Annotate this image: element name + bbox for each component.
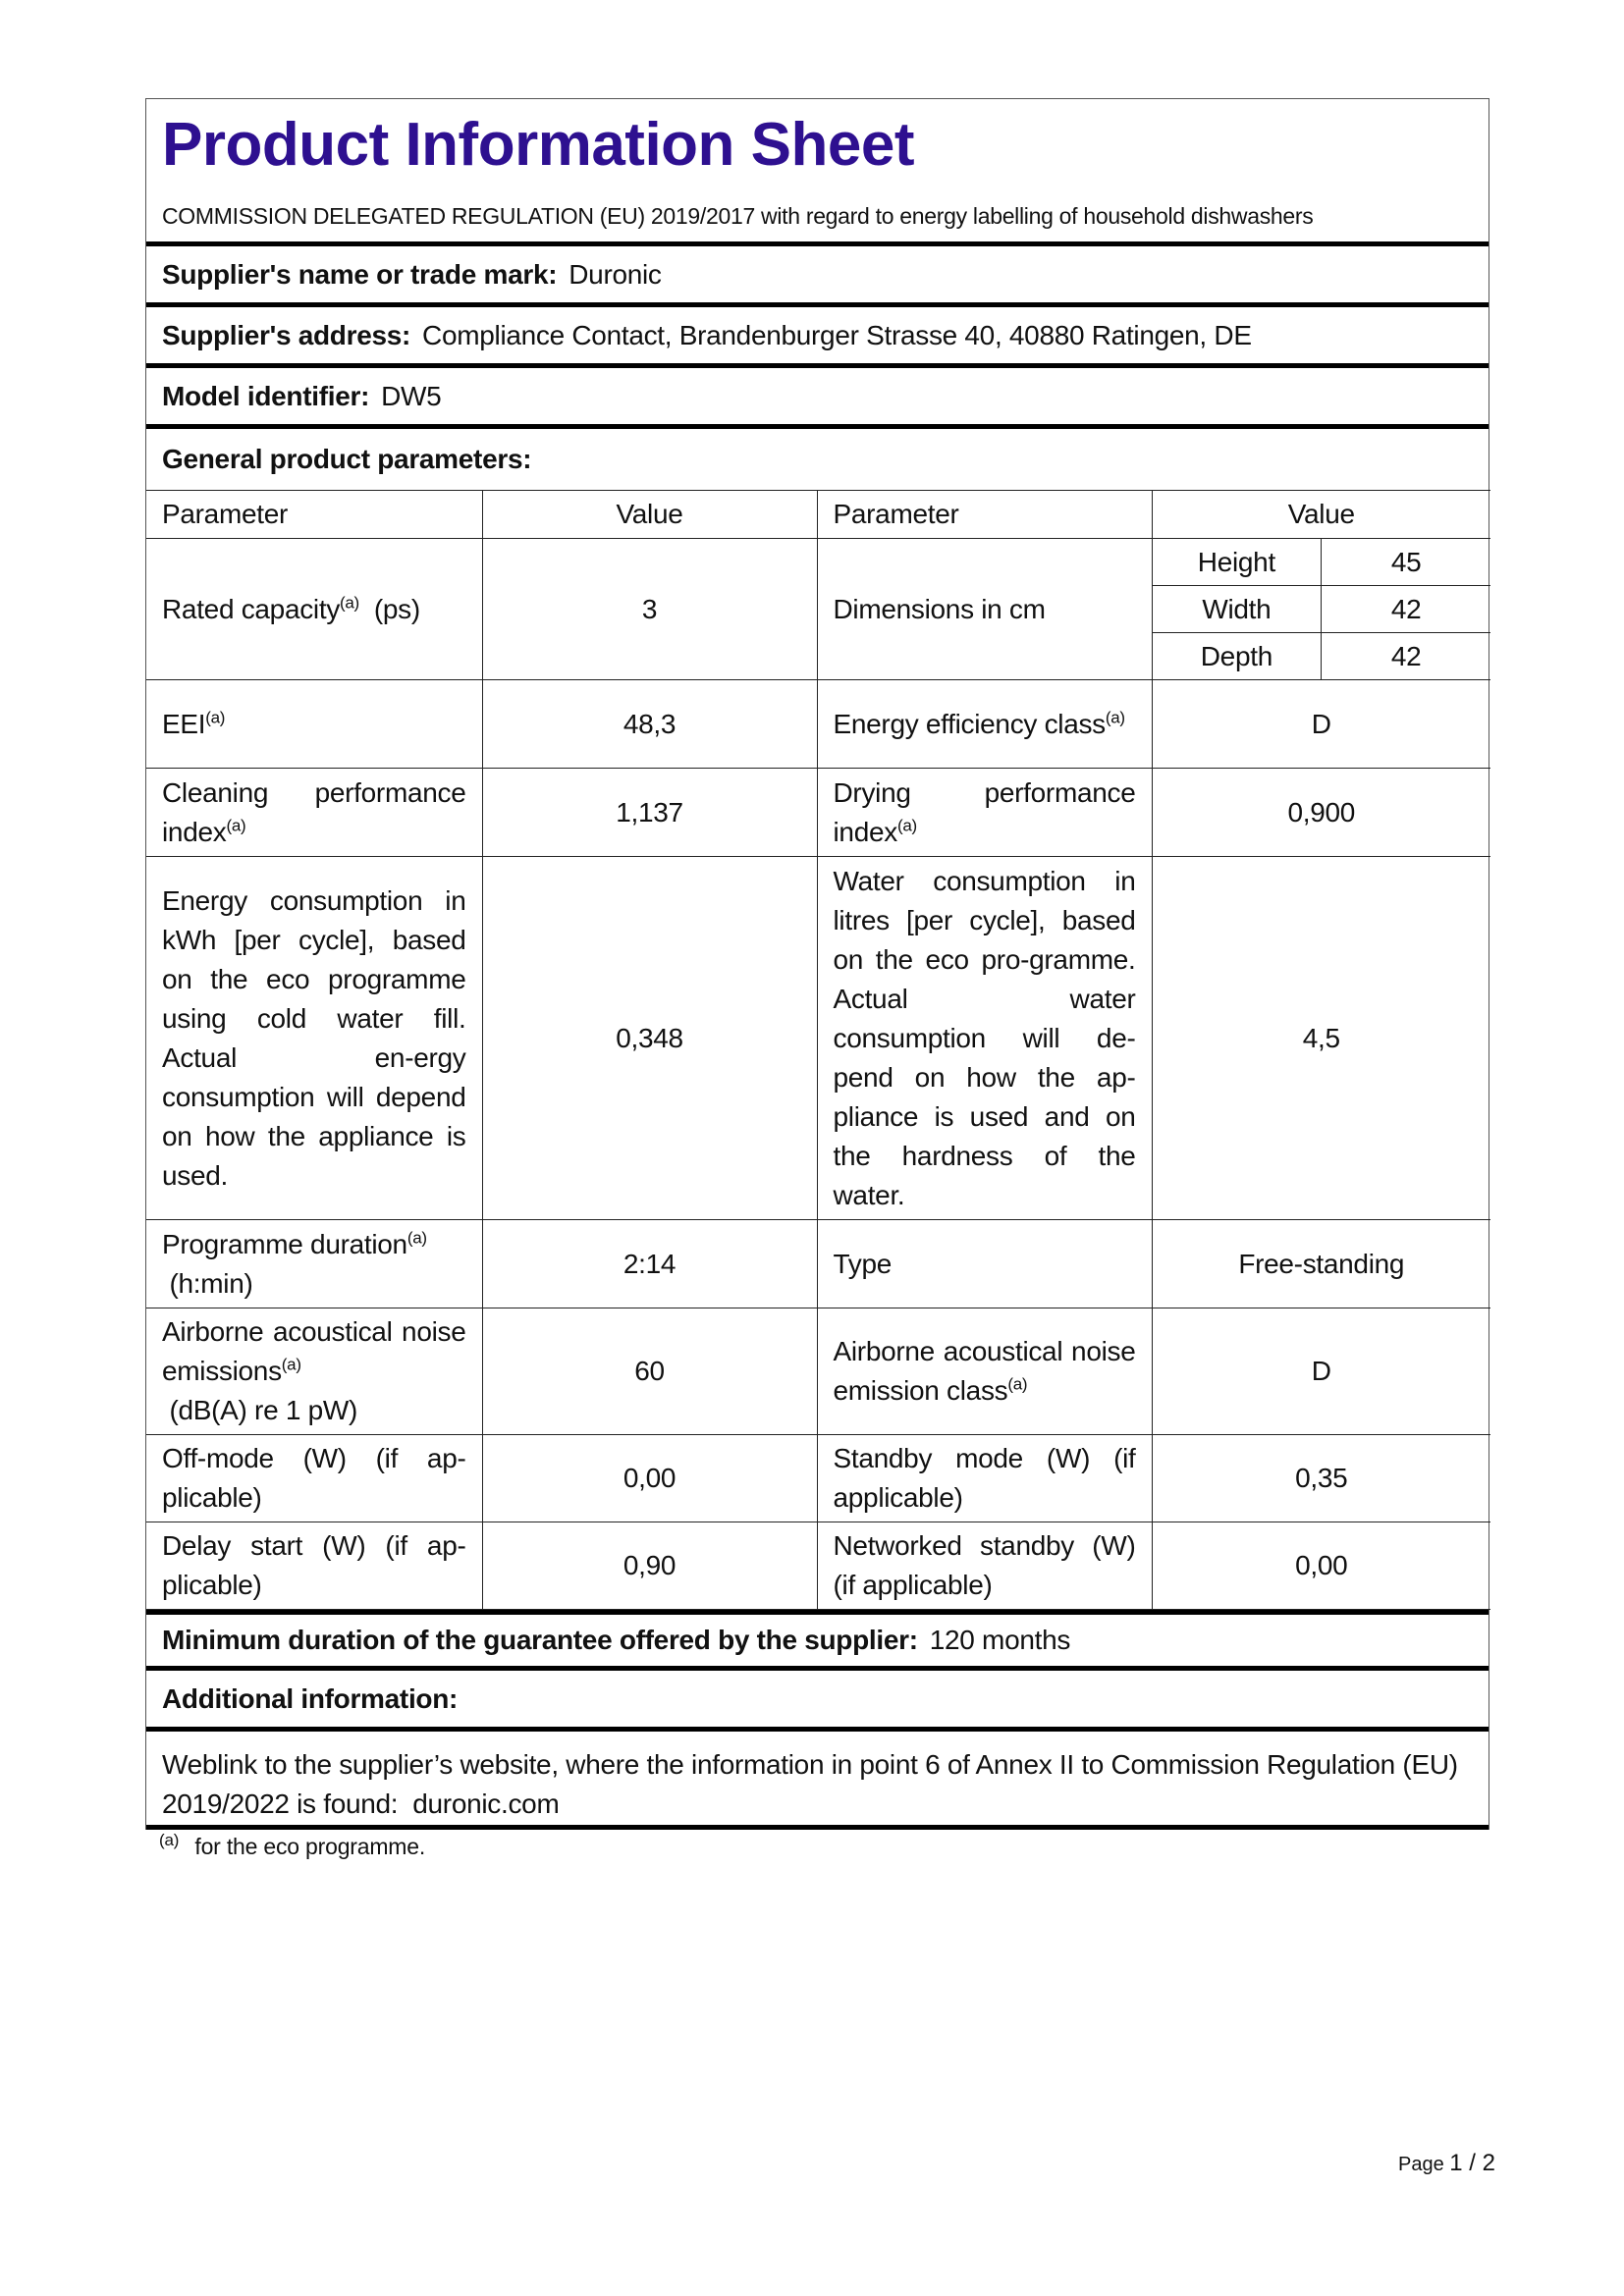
page-current: 1 [1449,2150,1462,2176]
energy-class-label: Energy efficiency class(a) [817,680,1152,769]
noise-emissions-value: 60 [482,1308,817,1435]
standby-mode-label: Standby mode (W) (if applicable) [817,1435,1152,1522]
supplier-name-value: Duronic [568,259,661,291]
eei-value: 48,3 [482,680,817,769]
guarantee-value: 120 months [930,1625,1070,1656]
model-identifier-row: Model identifier: DW5 [146,368,1489,429]
energy-consumption-label: Energy consumption in kWh [per cycle], b… [146,857,482,1220]
footnote-text: for the eco programme. [194,1834,425,1859]
general-parameters-heading: General product parameters: [162,444,531,475]
column-header-parameter: Parameter [817,491,1152,539]
weblink-text: Weblink to the supplier’s website, where… [162,1749,1458,1819]
dimension-height-value: 45 [1322,539,1490,586]
water-consumption-label: Water consumption in litres [per cycle],… [817,857,1152,1220]
parameters-table: Parameter Value Parameter Value Rated ca… [146,490,1490,1610]
drying-index-value: 0,900 [1152,769,1490,857]
column-header-parameter: Parameter [146,491,482,539]
water-consumption-value: 4,5 [1152,857,1490,1220]
table-header-row: Parameter Value Parameter Value [146,491,1490,539]
footnote-mark: (a) [159,1831,179,1849]
page-title: Product Information Sheet [162,105,1473,186]
dimension-depth-label: Depth [1153,633,1322,680]
dimension-depth-value: 42 [1322,633,1490,680]
energy-consumption-value: 0,348 [482,857,817,1220]
table-row: Cleaning performance index(a) 1,137 Dryi… [146,769,1490,857]
rated-capacity-value: 3 [482,539,817,680]
rated-capacity-label: Rated capacity(a) (ps) [146,539,482,680]
cleaning-index-value: 1,137 [482,769,817,857]
table-row: Delay start (W) (if ap-plicable) 0,90 Ne… [146,1522,1490,1610]
dimension-height-label: Height [1153,539,1322,586]
dimension-width-value: 42 [1322,586,1490,633]
weblink-row: Weblink to the supplier’s website, where… [146,1732,1489,1830]
page-total: 2 [1483,2150,1495,2176]
dimension-height-row: Height 45 [1153,539,1491,586]
regulation-subtitle: COMMISSION DELEGATED REGULATION (EU) 201… [162,201,1473,231]
table-row: Rated capacity(a) (ps) 3 Dimensions in c… [146,539,1490,680]
dimension-width-row: Width 42 [1153,586,1491,633]
noise-emissions-label: Airborne acoustical noise emissions(a) (… [146,1308,482,1435]
dimensions-label: Dimensions in cm [817,539,1152,680]
page-number: Page 1 / 2 [1398,2150,1495,2177]
supplier-name-label: Supplier's name or trade mark: [162,259,557,291]
type-value: Free-standing [1152,1220,1490,1308]
supplier-address-value: Compliance Contact, Brandenburger Strass… [422,320,1252,351]
weblink-url[interactable]: duronic.com [412,1789,559,1819]
supplier-name-row: Supplier's name or trade mark: Duronic [146,246,1489,307]
dimension-width-label: Width [1153,586,1322,633]
off-mode-label: Off-mode (W) (if ap-plicable) [146,1435,482,1522]
energy-class-value: D [1152,680,1490,769]
type-label: Type [817,1220,1152,1308]
standby-mode-value: 0,35 [1152,1435,1490,1522]
supplier-address-label: Supplier's address: [162,320,410,351]
drying-index-label: Drying performance index(a) [817,769,1152,857]
cleaning-index-label: Cleaning performance index(a) [146,769,482,857]
additional-information-row: Additional information: [146,1671,1489,1732]
table-row: Airborne acoustical noise emissions(a) (… [146,1308,1490,1435]
delay-start-value: 0,90 [482,1522,817,1610]
eei-label: EEI(a) [146,680,482,769]
general-parameters-heading-row: General product parameters: [146,429,1489,490]
model-identifier-value: DW5 [381,381,441,412]
table-row: Programme duration(a) (h:min) 2:14 Type … [146,1220,1490,1308]
noise-class-value: D [1152,1308,1490,1435]
noise-class-label: Airborne acoustical noise emission class… [817,1308,1152,1435]
delay-start-label: Delay start (W) (if ap-plicable) [146,1522,482,1610]
guarantee-label: Minimum duration of the guarantee offere… [162,1625,918,1656]
dimension-depth-row: Depth 42 [1153,633,1491,680]
additional-information-heading: Additional information: [162,1683,458,1715]
table-row: Energy consumption in kWh [per cycle], b… [146,857,1490,1220]
dimensions-values: Height 45 Width 42 Depth 42 [1152,539,1490,680]
page-label: Page [1398,2154,1444,2175]
title-block: Product Information Sheet COMMISSION DEL… [146,99,1489,246]
programme-duration-label: Programme duration(a) (h:min) [146,1220,482,1308]
column-header-value: Value [1152,491,1490,539]
off-mode-value: 0,00 [482,1435,817,1522]
footnote: (a) for the eco programme. [159,1834,425,1860]
model-identifier-label: Model identifier: [162,381,369,412]
guarantee-row: Minimum duration of the guarantee offere… [146,1610,1489,1671]
product-information-sheet: Product Information Sheet COMMISSION DEL… [145,98,1489,1830]
supplier-address-row: Supplier's address: Compliance Contact, … [146,307,1489,368]
networked-standby-value: 0,00 [1152,1522,1490,1610]
table-row: Off-mode (W) (if ap-plicable) 0,00 Stand… [146,1435,1490,1522]
table-row: EEI(a) 48,3 Energy efficiency class(a) D [146,680,1490,769]
programme-duration-value: 2:14 [482,1220,817,1308]
networked-standby-label: Networked standby (W) (if applicable) [817,1522,1152,1610]
column-header-value: Value [482,491,817,539]
